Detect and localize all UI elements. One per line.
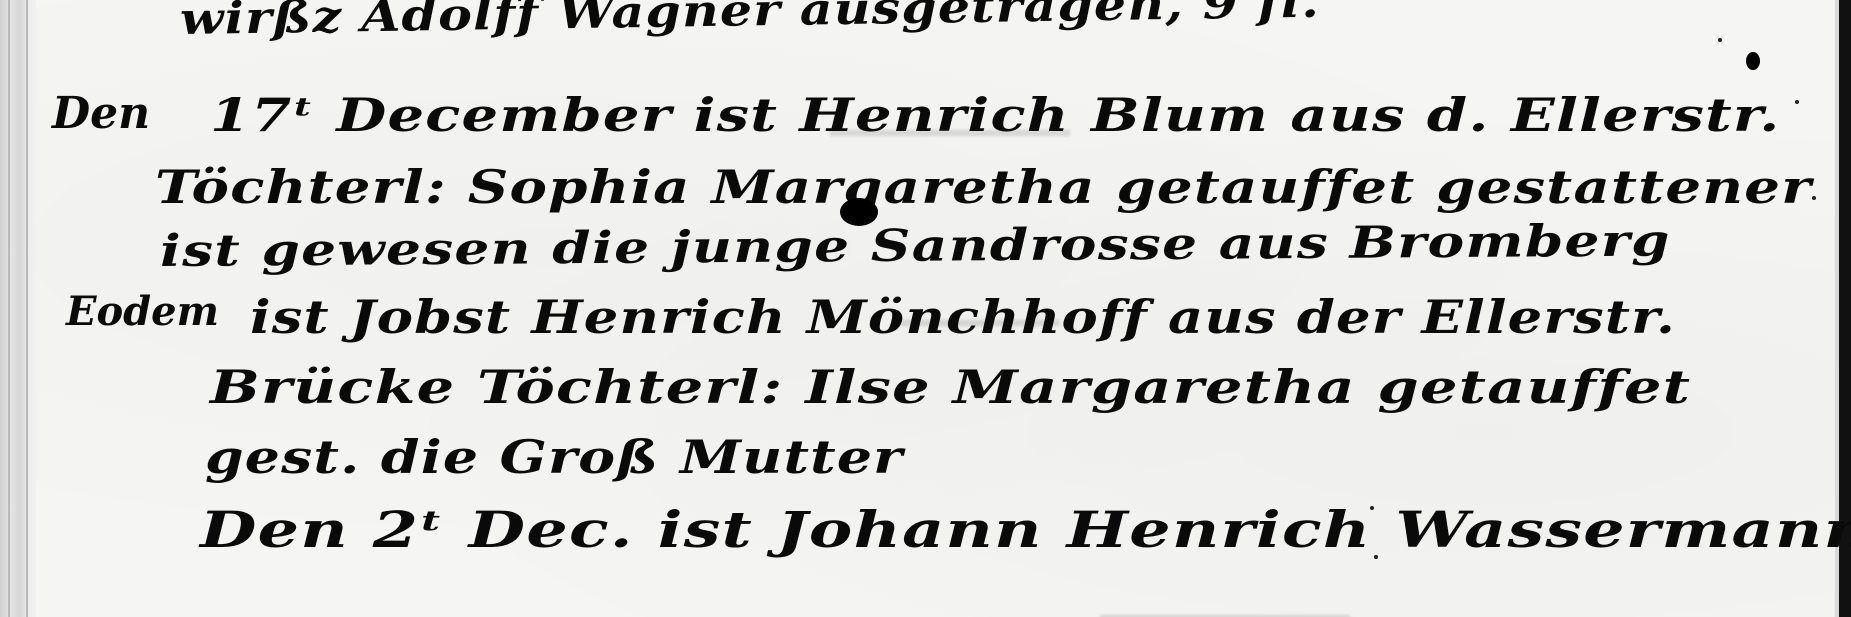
ink-speck — [1374, 555, 1378, 559]
page-binding-edge — [0, 0, 36, 617]
ink-speck — [1718, 38, 1722, 42]
register-line-5: ist Jobst Henrich Mönchhoff aus der Elle… — [250, 290, 1676, 344]
register-line-6: Brücke Töchterl: Ilse Margaretha getauff… — [210, 360, 1691, 414]
ink-speck — [1370, 506, 1374, 510]
register-line-7: gest. die Groß Mutter — [205, 430, 903, 484]
ink-blot — [1746, 52, 1760, 70]
binding-line — [8, 0, 10, 617]
register-line-3: Töchterl: Sophia Margaretha getauffet ge… — [155, 160, 1812, 214]
register-line-4: ist gewesen die junge Sandrosse aus Brom… — [160, 215, 1671, 277]
margin-note-den: Den — [52, 88, 150, 139]
ink-blot — [840, 198, 878, 226]
binding-line — [26, 0, 28, 617]
ink-speck — [1795, 100, 1799, 104]
register-line-2: 17ᵗ December ist Henrich Blum aus d. Ell… — [210, 88, 1780, 142]
register-page: Den Eodem wirßz Adolff Wagner ausgetrage… — [0, 0, 1851, 617]
register-line-1: wirßz Adolff Wagner ausgetragen, 9 fl. — [179, 0, 1320, 45]
margin-note-eodem: Eodem — [66, 288, 219, 335]
register-line-8: Den 2ᵗ Dec. ist Johann Henrich Wasserman… — [200, 500, 1851, 559]
ink-speck — [1812, 196, 1816, 200]
